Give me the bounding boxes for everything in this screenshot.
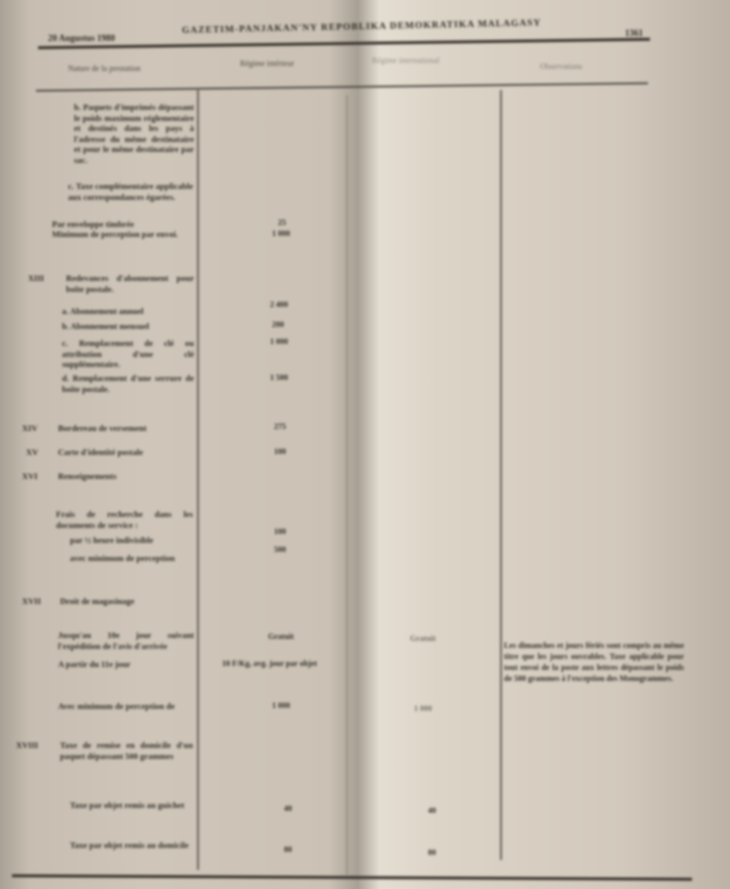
row-label: d. Remplacement d'une serrure de boîte p… xyxy=(62,373,194,394)
row-value-interior: 1 500 xyxy=(270,373,288,382)
row-value-international: 1 000 xyxy=(414,704,432,713)
column-divider xyxy=(500,90,502,860)
column-header-rule xyxy=(36,82,648,91)
section-code: XVII xyxy=(22,596,41,606)
row-value-interior: 2 400 xyxy=(270,300,288,309)
row-value-interior: 10 F/Kg, avg. jour par objet xyxy=(222,659,317,668)
row-label: par ½ heure indivisible xyxy=(70,535,190,546)
row-label: Taxe par objet remis au guichet xyxy=(70,800,192,811)
row-value-interior: 100 xyxy=(274,527,286,536)
row-label: c. Remplacement de clé ou attribution d'… xyxy=(62,338,194,370)
row-value-interior: 1 000 xyxy=(270,337,288,346)
column-divider xyxy=(346,95,348,875)
header-rule xyxy=(38,38,650,50)
section-code: XV xyxy=(26,447,38,457)
section-code: XIII xyxy=(28,273,44,283)
row-label: b. Abonnement mensuel xyxy=(62,321,207,332)
column-header-nature: Nature de la prestation xyxy=(68,64,141,73)
header-title: GAZETIM-PANJAKAN'NY REPOBLIKA DEMOKRATIK… xyxy=(182,18,542,36)
row-label: Droit de magasinage xyxy=(60,596,205,607)
row-value-interior: 1 000 xyxy=(272,229,290,238)
row-label: Par enveloppe timbrée xyxy=(52,219,197,230)
observations-text: Les dimanches et jours fériés sont compr… xyxy=(504,640,684,684)
section-code: XVIII xyxy=(16,740,38,750)
row-value-international: 40 xyxy=(428,806,436,815)
row-label: Minimum de perception par envoi. xyxy=(52,229,197,240)
row-label: a. Abonnement annuel xyxy=(62,306,207,317)
row-value-international: Gratuit xyxy=(410,634,436,643)
row-value-interior: 275 xyxy=(274,422,286,431)
row-label: Taxe par objet remis au domicile xyxy=(70,840,192,851)
page-number: 1361 xyxy=(625,28,643,38)
column-header-observations: Observations xyxy=(540,62,582,71)
row-label: Carte d'identité postale xyxy=(58,447,203,458)
row-value-international: 80 xyxy=(428,848,436,857)
row-label: Avec minimum de perception de xyxy=(58,701,203,712)
row-value-interior: 1 000 xyxy=(272,701,290,710)
row-label: Jusqu'au 10e jour suivant l'expédition d… xyxy=(58,630,194,651)
row-value-interior: 500 xyxy=(274,545,286,554)
footer-rule xyxy=(12,874,692,881)
section-code: XVI xyxy=(22,471,38,481)
row-label: Taxe de remise en domicile d'un paquet d… xyxy=(60,740,193,761)
row-label: Redevances d'abonnement pour boîte posta… xyxy=(66,273,194,294)
column-header-interior: Régime intérieur xyxy=(240,59,294,68)
row-label: A partir du 11e jour xyxy=(58,659,203,670)
row-label: c. Taxe complémentaire applicable aux co… xyxy=(68,181,193,202)
row-label: b. Paquets d'imprimés dépassant le poids… xyxy=(74,102,194,165)
row-value-interior: 80 xyxy=(284,845,292,854)
row-value-interior: 100 xyxy=(274,447,286,456)
row-label: Frais de recherche dans les documents de… xyxy=(56,509,193,530)
row-value-interior: 200 xyxy=(272,320,284,329)
column-header-international: Régime international xyxy=(372,56,439,65)
row-label: avec minimum de perception xyxy=(70,553,192,564)
row-label: Renseignements xyxy=(58,471,203,482)
header-date: 20 Augustus 1980 xyxy=(48,33,115,43)
row-value-interior: 25 xyxy=(278,218,286,227)
row-value-interior: 40 xyxy=(284,804,292,813)
row-label: Bordereau de versement xyxy=(58,423,203,434)
section-code: XIV xyxy=(22,423,38,433)
row-value-interior: Gratuit xyxy=(268,632,294,641)
